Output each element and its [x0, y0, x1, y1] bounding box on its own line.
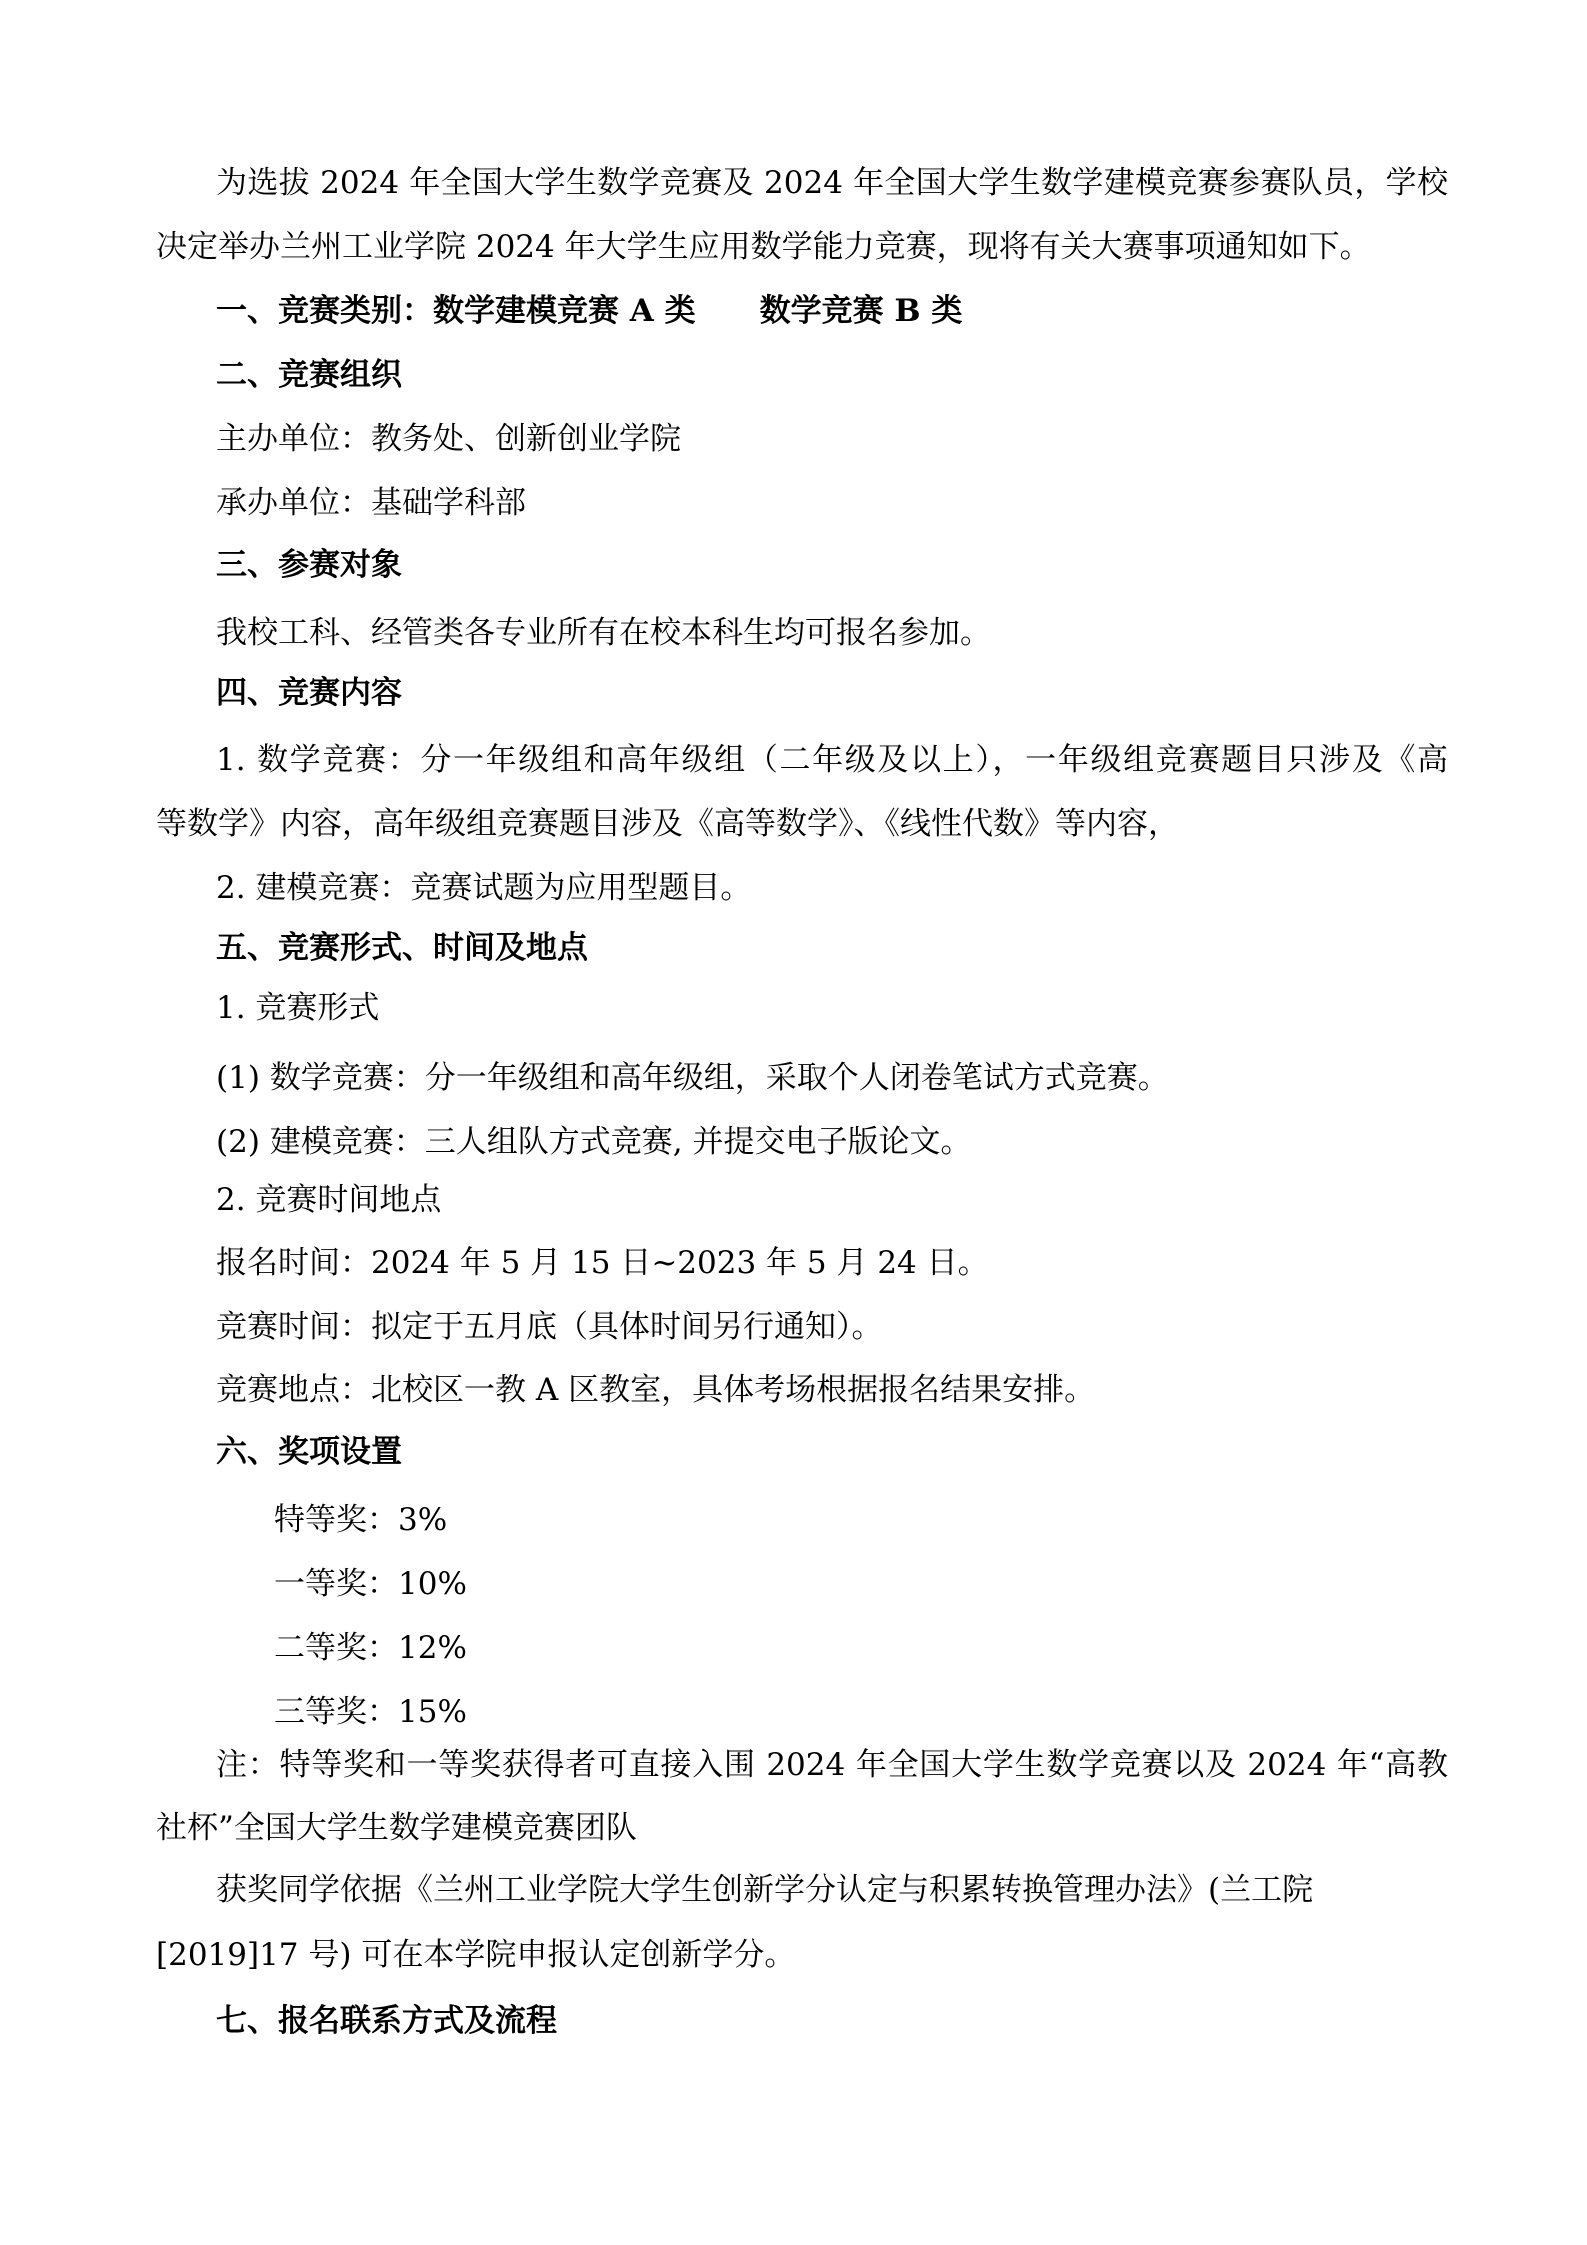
document-page: 为选拔 2024 年全国大学生数学竞赛及 2024 年全国大学生数学建模竞赛参赛… — [0, 0, 1587, 2245]
content-item-2: 2. 建模竞赛：竞赛试题为应用型题目。 — [216, 868, 1448, 908]
prize-first: 一等奖：10% — [274, 1564, 1566, 1604]
undertaker-text: 承办单位：基础学科部 — [216, 483, 1448, 523]
section-1-heading: 一、竞赛类别：数学建模竞赛 A 类数学竞赛 B 类 — [216, 291, 1448, 331]
section-5-heading: 五、竞赛形式、时间及地点 — [216, 928, 1448, 968]
time-place-subheading: 2. 竞赛时间地点 — [216, 1180, 1448, 1220]
note-line-1: 注：特等奖和一等奖获得者可直接入围 2024 年全国大学生数学竞赛以及 2024… — [216, 1745, 1448, 1785]
intro-line-2: 决定举办兰州工业学院 2024 年大学生应用数学能力竞赛，现将有关大赛事项通知如… — [156, 227, 1448, 267]
competition-place: 竞赛地点：北校区一教 A 区教室，具体考场根据报名结果安排。 — [216, 1370, 1448, 1410]
competition-time: 竞赛时间：拟定于五月底（具体时间另行通知）。 — [216, 1307, 1448, 1347]
section-4-heading: 四、竞赛内容 — [216, 673, 1448, 713]
prize-special: 特等奖：3% — [274, 1500, 1566, 1540]
intro-line-1: 为选拔 2024 年全国大学生数学竞赛及 2024 年全国大学生数学建模竞赛参赛… — [216, 163, 1448, 203]
section-3-heading: 三、参赛对象 — [216, 545, 1448, 585]
registration-time: 报名时间：2024 年 5 月 15 日~2023 年 5 月 24 日。 — [216, 1243, 1448, 1283]
section-2-heading: 二、竞赛组织 — [216, 355, 1448, 395]
note-line-2: 社杯”全国大学生数学建模竞赛团队 — [156, 1808, 1448, 1848]
section-6-heading: 六、奖项设置 — [216, 1432, 1448, 1472]
category-b: 数学竞赛 B 类 — [760, 293, 963, 329]
content-item-1-line-2: 等数学》内容，高年级组竞赛题目涉及《高等数学》、《线性代数》等内容， — [156, 804, 1448, 844]
organizer-text: 主办单位：教务处、创新创业学院 — [216, 419, 1448, 459]
content-item-1-line-1: 1. 数学竞赛：分一年级组和高年级组（二年级及以上），一年级组竞赛题目只涉及《高 — [216, 740, 1448, 780]
section-7-heading: 七、报名联系方式及流程 — [216, 2001, 1448, 2041]
participants-text: 我校工科、经管类各专业所有在校本科生均可报名参加。 — [216, 613, 1448, 653]
format-item-2: (2) 建模竞赛：三人组队方式竞赛, 并提交电子版论文。 — [216, 1122, 1448, 1162]
credit-line-1: 获奖同学依据《兰州工业学院大学生创新学分认定与积累转换管理办法》(兰工院 — [216, 1870, 1448, 1910]
credit-line-2: [2019]17 号) 可在本学院申报认定创新学分。 — [156, 1935, 1448, 1975]
prize-third: 三等奖：15% — [274, 1692, 1566, 1732]
category-a: 一、竞赛类别：数学建模竞赛 A 类 — [216, 293, 696, 329]
prize-second: 二等奖：12% — [274, 1628, 1566, 1668]
format-subheading: 1. 竞赛形式 — [216, 988, 1448, 1028]
format-item-1: (1) 数学竞赛：分一年级组和高年级组，采取个人闭卷笔试方式竞赛。 — [216, 1058, 1448, 1098]
